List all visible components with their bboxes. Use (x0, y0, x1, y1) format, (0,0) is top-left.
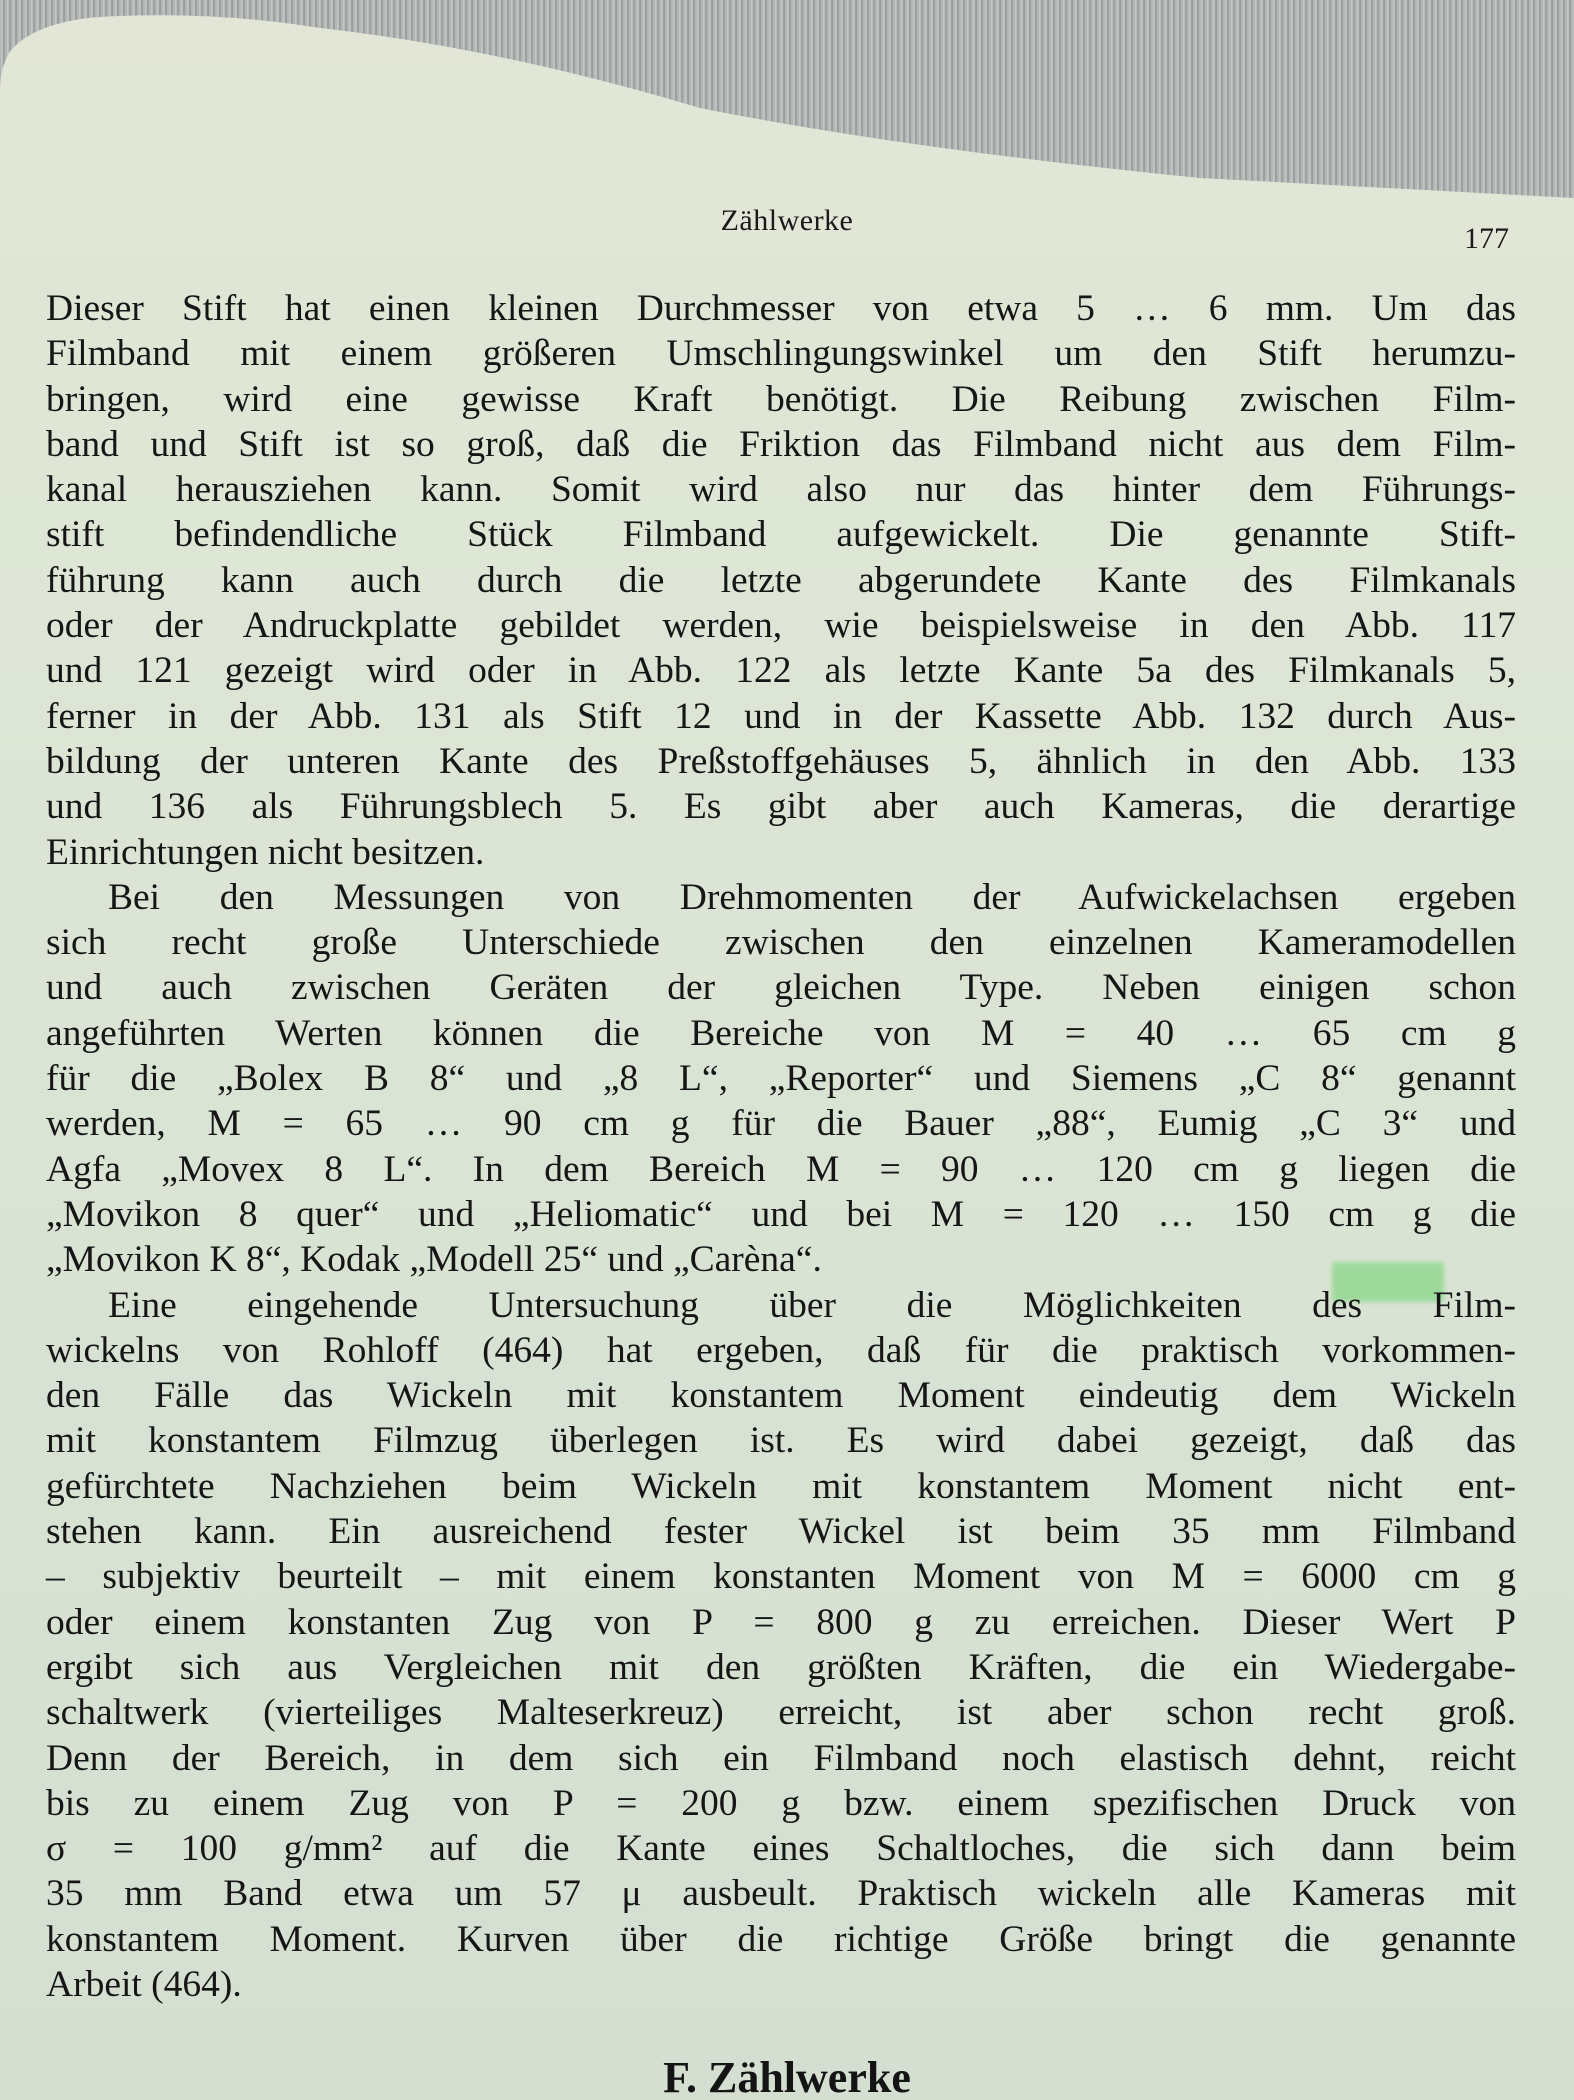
text-line: – subjektiv beurteilt – mit einem konsta… (46, 1554, 1516, 1599)
text-line: Filmband mit einem größeren Umschlingung… (46, 331, 1516, 376)
text-line: schaltwerk (vierteiliges Malteserkreuz) … (46, 1690, 1516, 1735)
text-line: Eine eingehende Untersuchung über die Mö… (46, 1283, 1516, 1328)
paragraph-1: Dieser Stift hat einen kleinen Durchmess… (46, 286, 1516, 875)
text-line: oder der Andruckplatte gebildet werden, … (46, 603, 1516, 648)
text-line: für die „Bolex B 8“ und „8 L“, „Reporter… (46, 1056, 1516, 1101)
text-line: und 121 gezeigt wird oder in Abb. 122 al… (46, 648, 1516, 693)
text-line: bringen, wird eine gewisse Kraft benötig… (46, 377, 1516, 422)
text-line: Bei den Messungen von Drehmomenten der A… (46, 875, 1516, 920)
text-line: bis zu einem Zug von P = 200 g bzw. eine… (46, 1781, 1516, 1826)
text-line: angeführten Werten können die Bereiche v… (46, 1011, 1516, 1056)
paragraph-2: Bei den Messungen von Drehmomenten der A… (46, 875, 1516, 1283)
text-line: Einrichtungen nicht besitzen. (46, 830, 1516, 875)
text-line: Dieser Stift hat einen kleinen Durchmess… (46, 286, 1516, 331)
text-line: 35 mm Band etwa um 57 μ ausbeult. Prakti… (46, 1871, 1516, 1916)
text-line: werden, M = 65 … 90 cm g für die Bauer „… (46, 1101, 1516, 1146)
text-line: Denn der Bereich, in dem sich ein Filmba… (46, 1736, 1516, 1781)
text-line: konstantem Moment. Kurven über die richt… (46, 1917, 1516, 1962)
text-line: oder einem konstanten Zug von P = 800 g … (46, 1600, 1516, 1645)
text-line: Arbeit (464). (46, 1962, 1516, 2007)
text-line: ferner in der Abb. 131 als Stift 12 und … (46, 694, 1516, 739)
page-number: 177 (1464, 222, 1509, 256)
text-line: ergibt sich aus Vergleichen mit den größ… (46, 1645, 1516, 1690)
text-line: bildung der unteren Kante des Preßstoffg… (46, 739, 1516, 784)
text-line: Agfa „Movex 8 L“. In dem Bereich M = 90 … (46, 1147, 1516, 1192)
text-line: den Fälle das Wickeln mit konstantem Mom… (46, 1373, 1516, 1418)
body-text: Dieser Stift hat einen kleinen Durchmess… (46, 286, 1516, 2007)
text-line: σ = 100 g/mm² auf die Kante eines Schalt… (46, 1826, 1516, 1871)
text-line: stift befindendliche Stück Filmband aufg… (46, 512, 1516, 557)
text-line: kanal herausziehen kann. Somit wird also… (46, 467, 1516, 512)
section-heading: F. Zählwerke (0, 2052, 1574, 2100)
text-line: wickelns von Rohloff (464) hat ergeben, … (46, 1328, 1516, 1373)
text-line: und auch zwischen Geräten der gleichen T… (46, 965, 1516, 1010)
text-line: führung kann auch durch die letzte abger… (46, 558, 1516, 603)
paragraph-3: Eine eingehende Untersuchung über die Mö… (46, 1283, 1516, 2008)
text-line: band und Stift ist so groß, daß die Frik… (46, 422, 1516, 467)
text-line: „Movikon 8 quer“ und „Heliomatic“ und be… (46, 1192, 1516, 1237)
text-line: und 136 als Führungsblech 5. Es gibt abe… (46, 784, 1516, 829)
running-head-title: Zählwerke (0, 204, 1574, 238)
text-line: gefürchtete Nachziehen beim Wickeln mit … (46, 1464, 1516, 1509)
text-line: stehen kann. Ein ausreichend fester Wick… (46, 1509, 1516, 1554)
book-page: Zählwerke 177 Dieser Stift hat einen kle… (0, 8, 1574, 2100)
text-line: sich recht große Unterschiede zwischen d… (46, 920, 1516, 965)
text-line: mit konstantem Filmzug überlegen ist. Es… (46, 1418, 1516, 1463)
text-line: „Movikon K 8“, Kodak „Modell 25“ und „Ca… (46, 1237, 1516, 1282)
